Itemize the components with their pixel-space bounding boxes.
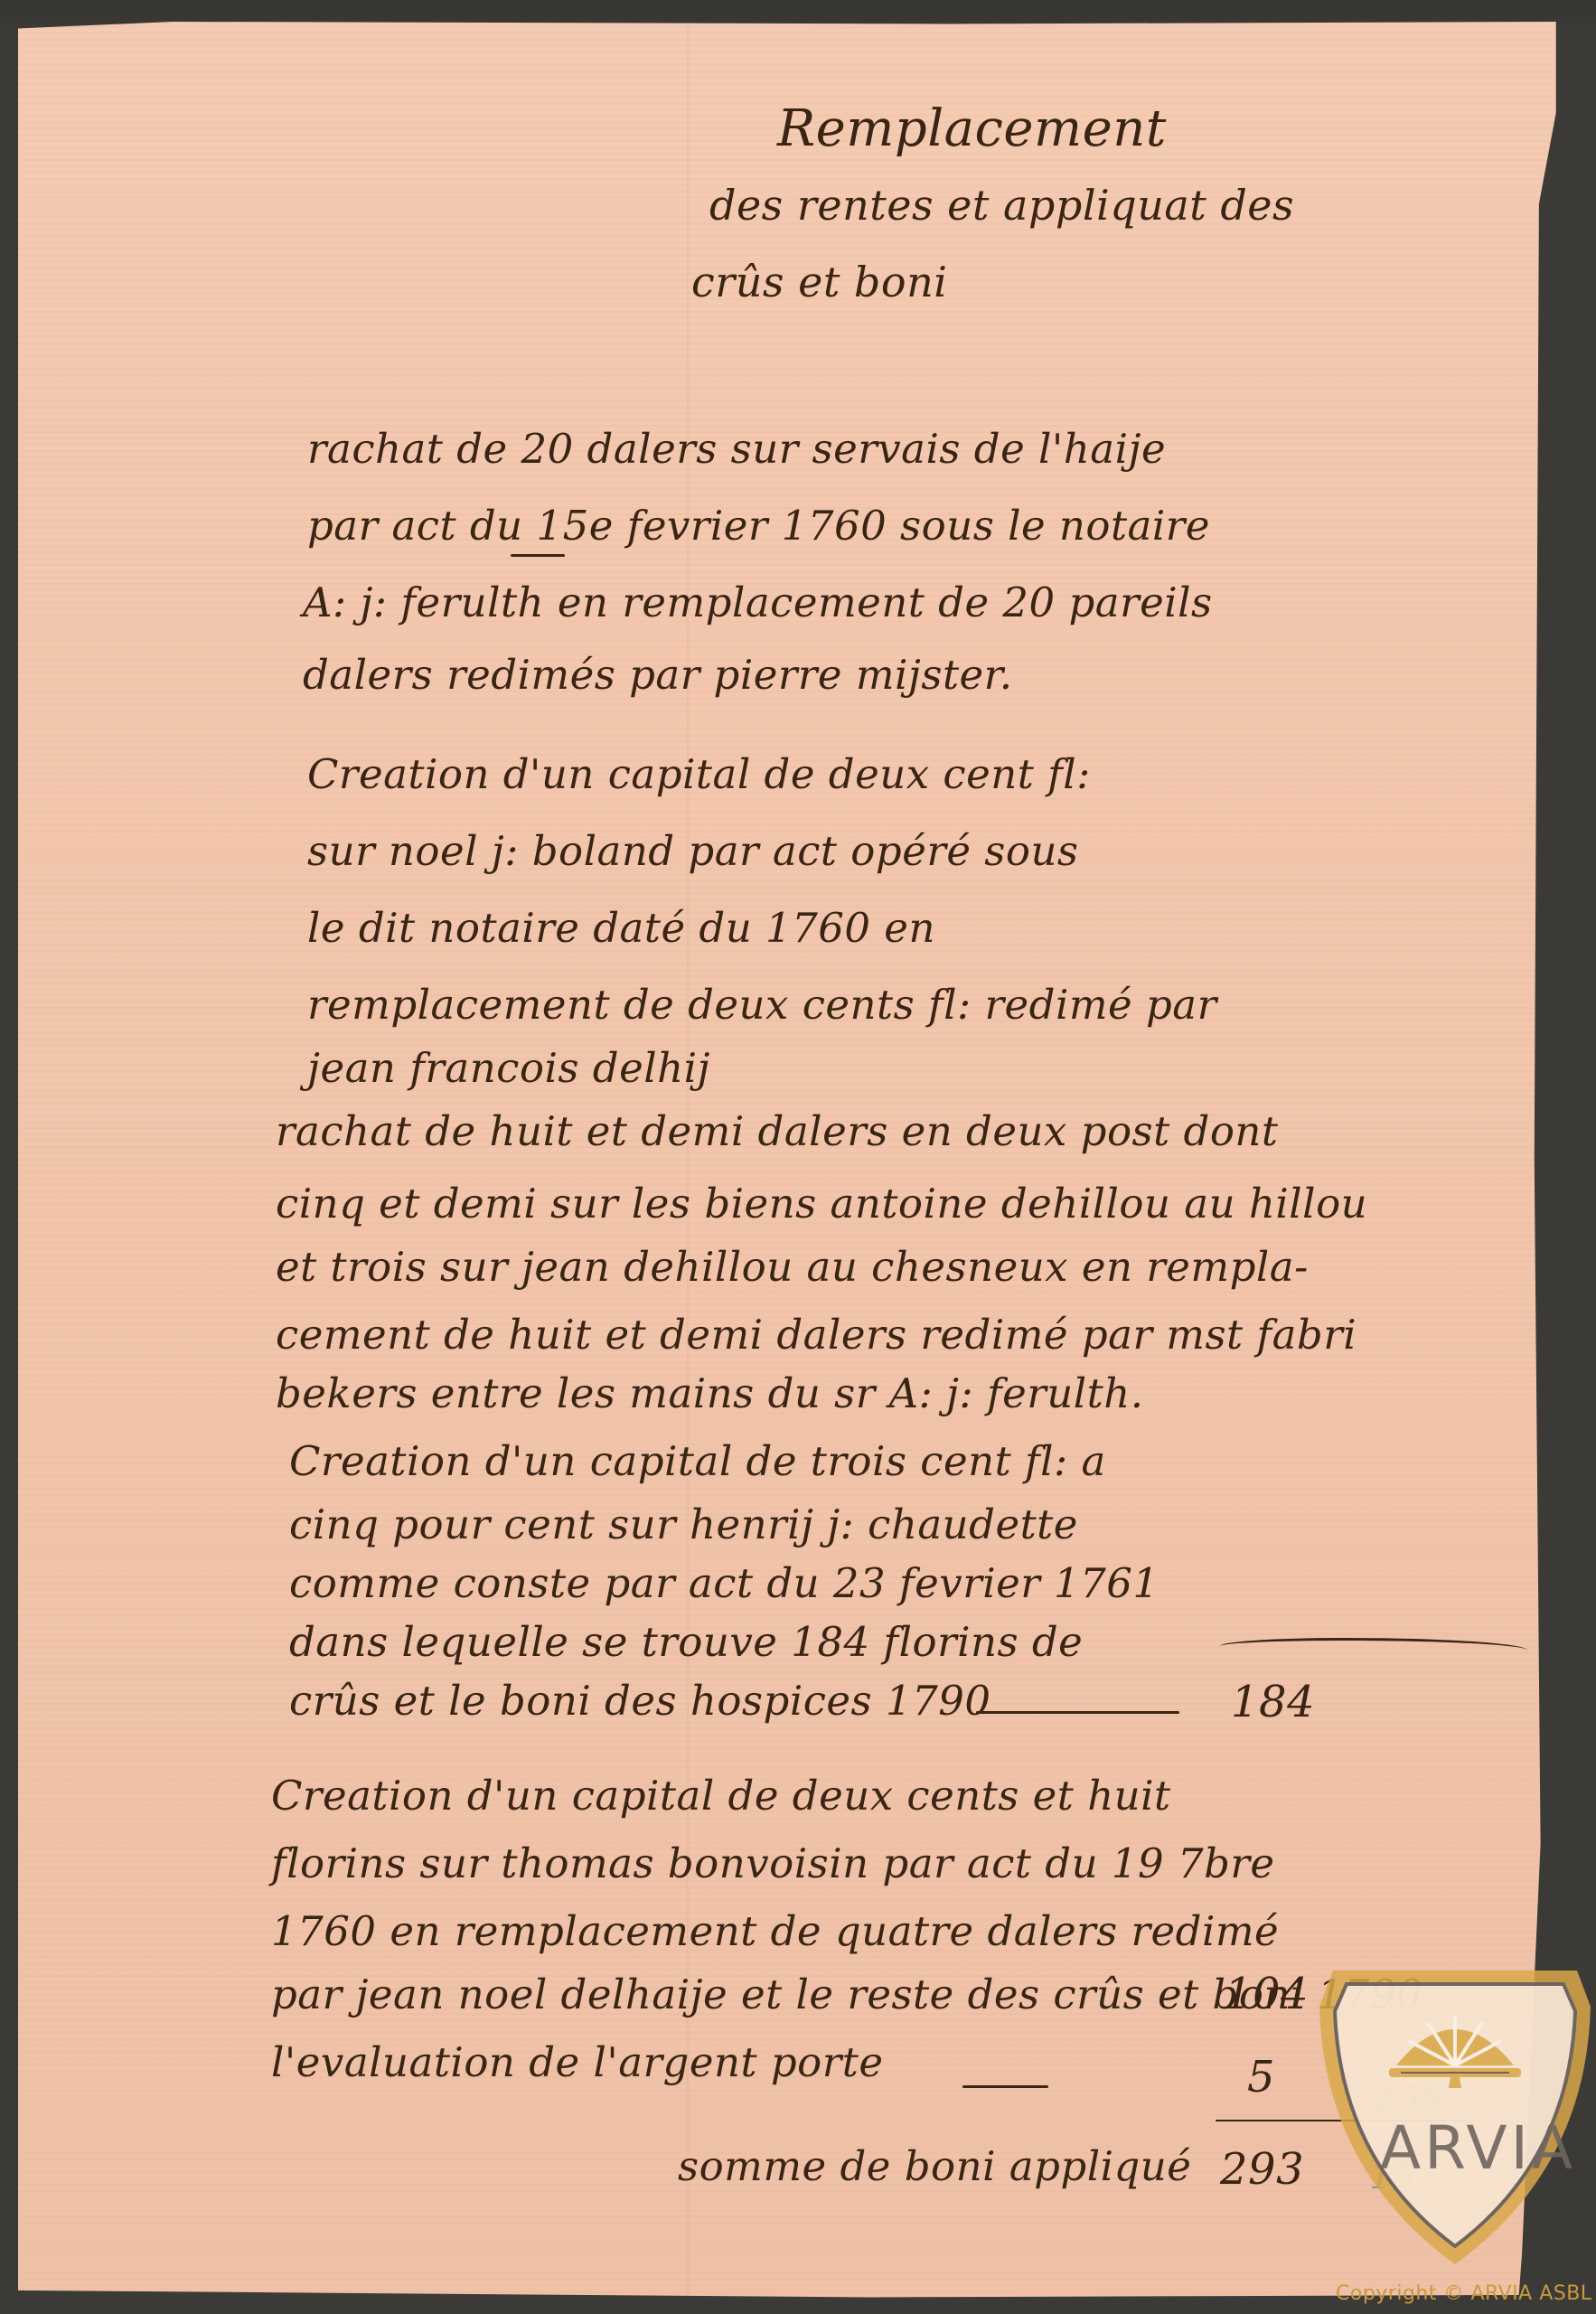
entry-2-line-4: remplacement de deux cents fl: redimé pa… xyxy=(307,981,1217,1029)
entry-1-line-4: dalers redimés par pierre mijster. xyxy=(303,651,1013,699)
amount-leader-line-2 xyxy=(962,2085,1048,2088)
entry-2-line-1: Creation d'un capital de deux cent fl: xyxy=(307,750,1091,798)
copyright-notice: Copyright © ARVIA ASBL xyxy=(1336,2282,1592,2305)
entry-2-line-5: jean francois delhij xyxy=(307,1044,710,1092)
entry-5-line-2: florins sur thomas bonvoisin par act du … xyxy=(271,1839,1275,1887)
amount-leader-line xyxy=(976,1711,1179,1714)
entry-3-line-1: rachat de huit et demi dalers en deux po… xyxy=(276,1107,1278,1155)
margin-amount-5: 5 xyxy=(1247,2052,1275,2102)
paper-fold-line xyxy=(687,22,689,2300)
entry-4-line-3: comme conste par act du 23 fevrier 1761 xyxy=(289,1559,1159,1607)
entry-1-line-2: par act du 15e fevrier 1760 sous le nota… xyxy=(307,502,1210,550)
title-line-2: des rentes et appliquat des xyxy=(709,181,1294,230)
entry-4-line-4: dans lequelle se trouve 184 florins de xyxy=(289,1618,1083,1666)
arvia-logo-text: ARVIA xyxy=(1380,2113,1576,2183)
entry-1-line-3: A: j: ferulth en remplacement de 20 pare… xyxy=(303,578,1213,626)
entry-1-line-1: rachat de 20 dalers sur servais de l'hai… xyxy=(307,425,1166,473)
entry-3-line-2: cinq et demi sur les biens antoine dehil… xyxy=(276,1180,1367,1228)
title-line-1: Remplacement xyxy=(777,99,1167,158)
entry-3-line-5: bekers entre les mains du sr A: j: ferul… xyxy=(276,1369,1144,1417)
entry-5-line-5: l'evaluation de l'argent porte xyxy=(271,2038,883,2086)
entry-2-line-2: sur noel j: boland par act opéré sous xyxy=(307,827,1079,875)
entry-2-line-3: le dit notaire daté du 1760 en xyxy=(307,904,935,952)
entry-4-line-1: Creation d'un capital de trois cent fl: … xyxy=(289,1437,1106,1485)
total-amount: 293 xyxy=(1220,2144,1304,2195)
entry-5-line-1: Creation d'un capital de deux cents et h… xyxy=(271,1772,1171,1820)
margin-amount-184: 184 xyxy=(1231,1677,1315,1727)
arvia-watermark-logo: ARVIA xyxy=(1315,1952,1595,2278)
entry-3-line-4: cement de huit et demi dalers redimé par… xyxy=(276,1311,1357,1359)
entry-3-line-3: et trois sur jean dehillou au chesneux e… xyxy=(276,1243,1309,1291)
entry-4-line-5: crûs et le boni des hospices 1790 xyxy=(289,1677,990,1725)
entry-4-line-2: cinq pour cent sur henrij j: chaudette xyxy=(289,1500,1078,1548)
margin-amount-104: 104 xyxy=(1225,1969,1309,2019)
total-label: somme de boni appliqué xyxy=(678,2142,1191,2190)
entry-5-line-3: 1760 en remplacement de quatre dalers re… xyxy=(271,1907,1279,1955)
scan-background-top xyxy=(0,0,1596,24)
year-underline xyxy=(511,554,565,557)
title-line-3: crûs et boni xyxy=(691,258,947,306)
